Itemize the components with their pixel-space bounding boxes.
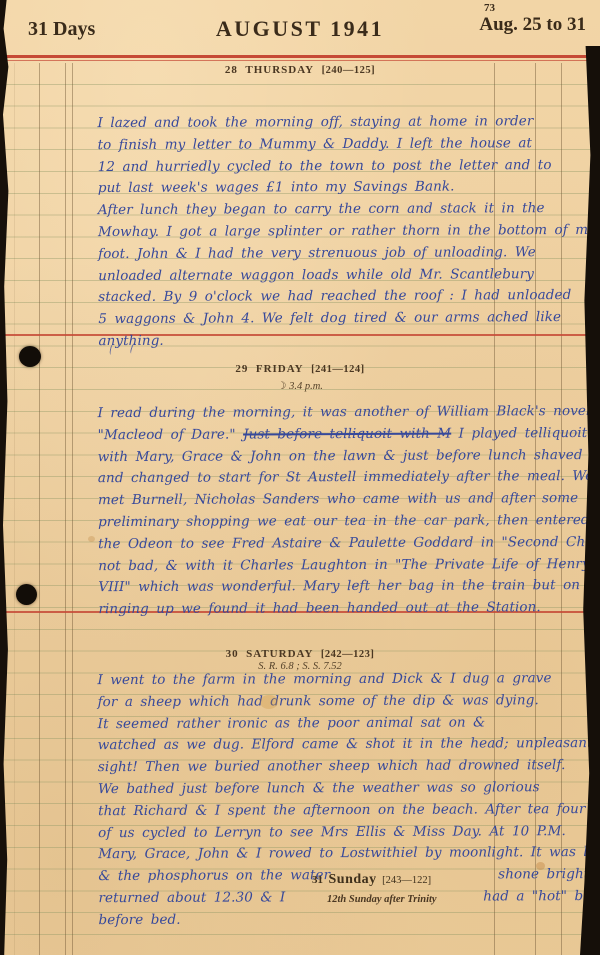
handwriting-line: sight! Then we buried another sheep whic… bbox=[98, 755, 600, 779]
handwriting-line: and changed to start for St Austell imme… bbox=[98, 466, 600, 490]
day-name: FRIDAY bbox=[256, 363, 304, 375]
moon-time: 3.4 p.m. bbox=[289, 381, 323, 392]
handwriting-line: unloaded alternate waggon loads while ol… bbox=[98, 263, 596, 287]
day-code: [240—125] bbox=[322, 65, 376, 76]
date-range: Aug. 25 to 31 bbox=[479, 14, 586, 36]
handwriting-line: of us cycled to Lerryn to see Mrs Ellis … bbox=[98, 820, 600, 844]
ledger-column-rule bbox=[39, 63, 40, 955]
day-name: SATURDAY bbox=[246, 648, 313, 660]
ledger-column-rule bbox=[65, 63, 66, 955]
day-header-saturday: 30 SATURDAY [242—123] bbox=[0, 648, 600, 660]
ledger-column-rule bbox=[14, 63, 15, 955]
ledger-column-rule bbox=[72, 63, 73, 955]
handwriting-line: "Macleod of Dare." Just before telliquoi… bbox=[98, 423, 600, 447]
handwriting-line: that Richard & I spent the afternoon on … bbox=[98, 799, 600, 823]
paper-stain bbox=[260, 695, 278, 709]
sunday-after-trinity-note: 12th Sunday after Trinity bbox=[327, 894, 437, 905]
day-number: 28 bbox=[225, 64, 238, 76]
day-header-sunday: 31 Sunday [243—122] bbox=[312, 872, 431, 888]
handwriting-line: It seemed rather ironic as the poor anim… bbox=[98, 711, 600, 735]
handwriting-line: VIII" which was wonderful. Mary left her… bbox=[98, 575, 600, 599]
moon-phase-note: ☽ 3.4 p.m. bbox=[0, 380, 600, 392]
day-number: 31 bbox=[312, 874, 323, 886]
handwriting-line: stacked. By 9 o'clock we had reached the… bbox=[98, 285, 596, 309]
diary-entry-saturday: I went to the farm in the morning and Di… bbox=[97, 668, 600, 932]
handwriting-line: I went to the farm in the morning and Di… bbox=[97, 668, 600, 692]
handwriting-line: ringing up we found it had been handed o… bbox=[98, 597, 600, 621]
paper-stain bbox=[88, 536, 95, 542]
day-code: [242—123] bbox=[321, 649, 375, 660]
handwriting-line: put last week's wages £1 into my Savings… bbox=[98, 176, 596, 200]
handwriting-line: to finish my letter to Mummy & Daddy. I … bbox=[98, 133, 596, 157]
handwriting-line: Mary, Grace, John & I rowed to Lostwithi… bbox=[98, 842, 600, 866]
handwriting-line: before bed. bbox=[98, 908, 600, 932]
header-red-rule-bottom bbox=[0, 60, 600, 61]
handwriting-line: foot. John & I had the very strenuous jo… bbox=[98, 242, 596, 266]
day-header-friday: 29 FRIDAY [241—124] bbox=[0, 363, 600, 375]
handwriting-line: 5 waggons & John 4. We felt dog tired & … bbox=[98, 307, 596, 331]
handwriting-line: After lunch they began to carry the corn… bbox=[98, 198, 596, 222]
handwriting-line: preliminary shopping we eat our tea in t… bbox=[98, 510, 600, 534]
day-code: [243—122] bbox=[382, 875, 431, 886]
moon-phase-icon: ☽ bbox=[277, 381, 286, 392]
day-name: Sunday bbox=[329, 872, 377, 887]
punch-hole bbox=[16, 584, 37, 605]
handwriting-line: anything. bbox=[98, 329, 596, 353]
handwriting-line: I lazed and took the morning off, stayin… bbox=[97, 111, 595, 135]
day-number: 29 bbox=[235, 363, 248, 375]
day-name: THURSDAY bbox=[245, 64, 314, 76]
handwriting-line: the Odeon to see Fred Astaire & Paulette… bbox=[98, 532, 600, 556]
day-code: [241—124] bbox=[311, 364, 365, 375]
handwriting-line: watched as we dug. Elford came & shot it… bbox=[98, 733, 600, 757]
paper-stain bbox=[536, 862, 545, 870]
handwriting-line: met Burnell, Nicholas Sanders who came w… bbox=[98, 488, 600, 512]
handwriting-line: Mowhay. I got a large splinter or rather… bbox=[98, 220, 596, 244]
page-number: 73 bbox=[484, 2, 495, 14]
handwriting-line: not bad, & with it Charles Laughton in "… bbox=[98, 553, 600, 577]
handwriting-line: with Mary, Grace & John on the lawn & ju… bbox=[98, 444, 600, 468]
day-number: 30 bbox=[226, 648, 239, 660]
handwriting-line: We bathed just before lunch & the weathe… bbox=[98, 777, 600, 801]
diary-entry-thursday: I lazed and took the morning off, stayin… bbox=[97, 111, 596, 353]
day-header-thursday: 28 THURSDAY [240—125] bbox=[0, 64, 600, 76]
diary-page: 73 31 Days AUGUST 1941 Aug. 25 to 31 28 … bbox=[0, 0, 600, 955]
header-red-rule-top bbox=[0, 55, 600, 58]
punch-hole bbox=[19, 346, 41, 367]
handwriting-line: 12 and hurriedly cycled to the town to p… bbox=[98, 155, 596, 179]
handwriting-line: I read during the morning, it was anothe… bbox=[98, 401, 600, 425]
diary-entry-friday: I read during the morning, it was anothe… bbox=[98, 401, 600, 621]
handwriting-line: for a sheep which had drunk some of the … bbox=[98, 690, 600, 714]
